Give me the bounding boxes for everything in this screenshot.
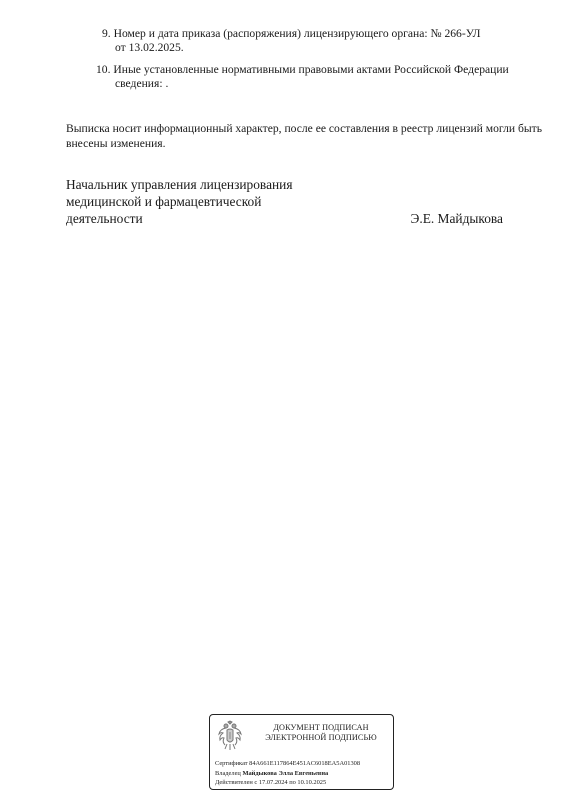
signature-block: Начальник управления лицензирования меди… bbox=[66, 176, 516, 227]
double-headed-eagle-icon bbox=[217, 720, 243, 752]
signer-position-line: Начальник управления лицензирования bbox=[66, 176, 516, 193]
list-item-9: 9. Номер и дата приказа (распоряжения) л… bbox=[102, 27, 480, 55]
stamp-title-line: ДОКУМЕНТ ПОДПИСАН bbox=[250, 723, 392, 733]
validity-period: Действителен с 17.07.2024 по 10.10.2025 bbox=[215, 778, 360, 788]
disclaimer-note: Выписка носит информационный характер, п… bbox=[66, 121, 546, 151]
item-text-continuation: сведения: . bbox=[96, 77, 509, 91]
signer-name: Э.Е. Майдыкова bbox=[411, 210, 504, 227]
certificate-value: 84A661E117864E451AC6018EA5A01308 bbox=[249, 760, 360, 767]
document-page: 9. Номер и дата приказа (распоряжения) л… bbox=[0, 0, 566, 800]
owner-label: Владелец bbox=[215, 770, 241, 777]
stamp-title-line: ЭЛЕКТРОННОЙ ПОДПИСЬЮ bbox=[250, 733, 392, 743]
certificate-label: Сертификат bbox=[215, 760, 248, 767]
item-text: Иные установленные нормативными правовым… bbox=[113, 63, 508, 76]
owner-value: Майдыкова Элла Евгеньевна bbox=[242, 770, 328, 777]
electronic-signature-stamp: ДОКУМЕНТ ПОДПИСАН ЭЛЕКТРОННОЙ ПОДПИСЬЮ С… bbox=[209, 714, 394, 790]
item-number: 9. bbox=[102, 27, 111, 40]
certificate-row: Сертификат 84A661E117864E451AC6018EA5A01… bbox=[215, 759, 360, 769]
owner-row: Владелец Майдыкова Элла Евгеньевна bbox=[215, 769, 360, 779]
item-number: 10. bbox=[96, 63, 111, 76]
signer-position-line: медицинской и фармацевтической bbox=[66, 193, 516, 210]
list-item-10: 10. Иные установленные нормативными прав… bbox=[96, 63, 509, 91]
item-text: Номер и дата приказа (распоряжения) лице… bbox=[114, 27, 481, 40]
item-text-continuation: от 13.02.2025. bbox=[102, 41, 480, 55]
stamp-details: Сертификат 84A661E117864E451AC6018EA5A01… bbox=[215, 759, 360, 788]
stamp-title: ДОКУМЕНТ ПОДПИСАН ЭЛЕКТРОННОЙ ПОДПИСЬЮ bbox=[250, 723, 392, 743]
